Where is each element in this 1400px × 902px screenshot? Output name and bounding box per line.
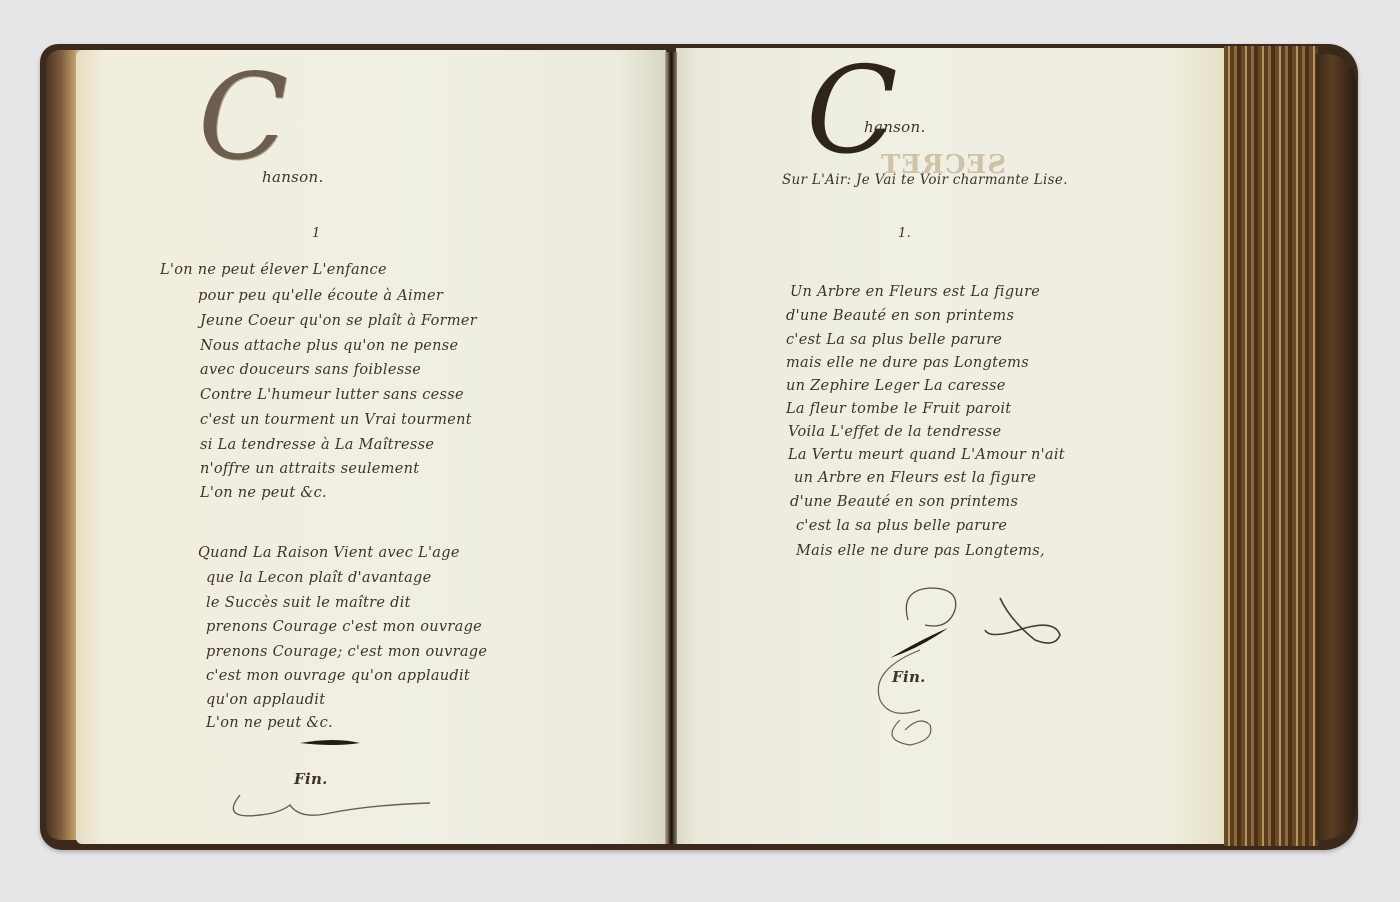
right-subtitle-air: Sur L'Air: Je Vai te Voir charmante Lise… xyxy=(782,172,1068,188)
lyric-line: Mais elle ne dure pas Longtems, xyxy=(796,543,1045,559)
left-verse-number: 1 xyxy=(312,226,321,241)
lyric-line: La fleur tombe le Fruit paroit xyxy=(786,401,1011,417)
end-flourish-left xyxy=(220,735,460,825)
right-verse-number: 1. xyxy=(898,226,911,241)
lyric-line: La Vertu meurt quand L'Amour n'ait xyxy=(788,447,1065,463)
lyric-line: qu'on applaudit xyxy=(206,692,325,708)
right-cover-edge xyxy=(1316,54,1356,840)
lyric-line: prenons Courage c'est mon ouvrage xyxy=(206,619,482,635)
lyric-line: Jeune Coeur qu'on se plaît à Former xyxy=(200,313,477,329)
lyric-line: Voila L'effet de la tendresse xyxy=(788,424,1001,440)
lyric-line: L'on ne peut &c. xyxy=(200,485,327,501)
lyric-line: L'on ne peut élever L'enfance xyxy=(160,262,387,278)
decorated-initial-c: C xyxy=(198,58,288,176)
lyric-line: un Arbre en Fleurs est la figure xyxy=(794,470,1036,486)
page-fore-edge xyxy=(1224,46,1318,846)
lyric-line: pour peu qu'elle écoute à Aimer xyxy=(198,288,443,304)
lyric-line: prenons Courage; c'est mon ouvrage xyxy=(206,644,487,660)
lyric-line: Quand La Raison Vient avec L'age xyxy=(198,545,460,561)
lyric-line: n'offre un attraits seulement xyxy=(200,461,419,477)
right-fin: Fin. xyxy=(892,668,926,686)
lyric-line: Contre L'humeur lutter sans cesse xyxy=(200,387,464,403)
lyric-line: L'on ne peut &c. xyxy=(206,715,333,731)
book-gutter xyxy=(665,52,677,844)
lyric-line: d'une Beauté en son printems xyxy=(786,308,1014,324)
lyric-line: que la Lecon plaît d'avantage xyxy=(206,570,431,586)
large-initial-c: C xyxy=(806,52,898,172)
lyric-line: un Zephire Leger La caresse xyxy=(786,378,1006,394)
right-title: hanson. xyxy=(864,118,926,136)
lyric-line: c'est mon ouvrage qu'on applaudit xyxy=(206,668,470,684)
lyric-line: c'est La sa plus belle parure xyxy=(786,332,1002,348)
lyric-line: c'est la sa plus belle parure xyxy=(796,518,1007,534)
lyric-line: Un Arbre en Fleurs est La figure xyxy=(790,284,1040,300)
left-title: hanson. xyxy=(262,168,324,186)
lyric-line: avec douceurs sans foiblesse xyxy=(200,362,421,378)
left-fin: Fin. xyxy=(294,770,328,788)
lyric-line: d'une Beauté en son printems xyxy=(790,494,1018,510)
lyric-line: Nous attache plus qu'on ne pense xyxy=(200,338,458,354)
lyric-line: si La tendresse à La Maîtresse xyxy=(200,437,434,453)
lyric-line: mais elle ne dure pas Longtems xyxy=(786,355,1029,371)
lyric-line: c'est un tourment un Vrai tourment xyxy=(200,412,472,428)
lyric-line: le Succès suit le maître dit xyxy=(206,595,411,611)
